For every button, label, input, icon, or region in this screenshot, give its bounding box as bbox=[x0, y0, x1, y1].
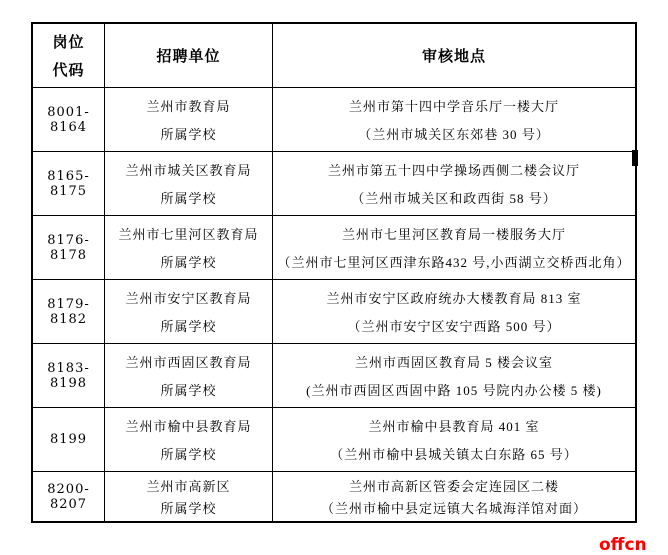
recruiting-unit-line1: 兰州市西固区教育局 bbox=[105, 352, 272, 371]
position-code: 8199 bbox=[32, 408, 105, 472]
review-location-line1: 兰州市七里河区教育局一楼服务大厅 bbox=[273, 224, 635, 243]
table-row: 8183-8198 兰州市西固区教育局 所属学校 兰州市西固区教育局 5 楼会议… bbox=[32, 344, 636, 408]
recruiting-unit-line1: 兰州市城关区教育局 bbox=[105, 160, 272, 179]
recruiting-unit-line2: 所属学校 bbox=[105, 380, 272, 399]
position-code: 8200-8207 bbox=[32, 472, 105, 523]
recruiting-unit: 兰州市高新区 所属学校 bbox=[105, 472, 273, 523]
position-code: 8001-8164 bbox=[32, 88, 105, 152]
review-location-line2: (兰州市西固区西固中路 105 号院内办公楼 5 楼) bbox=[273, 380, 635, 399]
table-row: 8199 兰州市榆中县教育局 所属学校 兰州市榆中县教育局 401 室 （兰州市… bbox=[32, 408, 636, 472]
recruiting-unit-line2: 所属学校 bbox=[105, 124, 272, 143]
review-location-line1: 兰州市第十四中学音乐厅一楼大厅 bbox=[273, 96, 635, 115]
recruiting-unit-line2: 所属学校 bbox=[105, 316, 272, 335]
header-position-code: 岗位 代码 bbox=[32, 23, 105, 88]
review-location-line1: 兰州市安宁区政府统办大楼教育局 813 室 bbox=[273, 288, 635, 307]
review-location-line2: （兰州市城关区东郊巷 30 号） bbox=[273, 124, 635, 143]
review-location-line2: （兰州市榆中县定远镇大名城海洋馆对面） bbox=[273, 498, 635, 517]
review-location-line1: 兰州市第五十四中学操场西侧二楼会议厅 bbox=[273, 160, 635, 179]
review-location: 兰州市七里河区教育局一楼服务大厅 （兰州市七里河区西津东路432 号,小西湖立交… bbox=[273, 216, 637, 280]
recruiting-unit-line1: 兰州市榆中县教育局 bbox=[105, 416, 272, 435]
recruiting-unit-line1: 兰州市七里河区教育局 bbox=[105, 224, 272, 243]
header-position-code-line1: 岗位 bbox=[33, 31, 104, 52]
table-row: 8165-8175 兰州市城关区教育局 所属学校 兰州市第五十四中学操场西侧二楼… bbox=[32, 152, 636, 216]
table-edge-marker bbox=[632, 150, 638, 166]
review-location-line1: 兰州市高新区管委会定连园区二楼 bbox=[273, 476, 635, 495]
review-location: 兰州市高新区管委会定连园区二楼 （兰州市榆中县定远镇大名城海洋馆对面） bbox=[273, 472, 637, 523]
header-review-location: 审核地点 bbox=[273, 23, 637, 88]
recruiting-unit: 兰州市教育局 所属学校 bbox=[105, 88, 273, 152]
header-recruiting-unit: 招聘单位 bbox=[105, 23, 273, 88]
recruiting-unit-line2: 所属学校 bbox=[105, 498, 272, 517]
header-row: 岗位 代码 招聘单位 审核地点 bbox=[32, 23, 636, 88]
recruiting-unit-line1: 兰州市安宁区教育局 bbox=[105, 288, 272, 307]
recruiting-unit: 兰州市城关区教育局 所属学校 bbox=[105, 152, 273, 216]
recruiting-unit: 兰州市西固区教育局 所属学校 bbox=[105, 344, 273, 408]
table-row: 8179-8182 兰州市安宁区教育局 所属学校 兰州市安宁区政府统办大楼教育局… bbox=[32, 280, 636, 344]
recruiting-unit: 兰州市榆中县教育局 所属学校 bbox=[105, 408, 273, 472]
header-position-code-line2: 代码 bbox=[33, 59, 104, 80]
review-location: 兰州市安宁区政府统办大楼教育局 813 室 （兰州市安宁区安宁西路 500 号） bbox=[273, 280, 637, 344]
recruiting-unit-line1: 兰州市教育局 bbox=[105, 96, 272, 115]
table-row: 8001-8164 兰州市教育局 所属学校 兰州市第十四中学音乐厅一楼大厅 （兰… bbox=[32, 88, 636, 152]
review-location-line2: （兰州市榆中县城关镇太白东路 65 号） bbox=[273, 444, 635, 463]
review-location-line2: （兰州市七里河区西津东路432 号,小西湖立交桥西北角） bbox=[273, 252, 635, 271]
review-location-line2: （兰州市城关区和政西街 58 号） bbox=[273, 188, 635, 207]
recruiting-unit-line2: 所属学校 bbox=[105, 444, 272, 463]
review-location-line2: （兰州市安宁区安宁西路 500 号） bbox=[273, 316, 635, 335]
review-location-line1: 兰州市西固区教育局 5 楼会议室 bbox=[273, 352, 635, 371]
position-code: 8179-8182 bbox=[32, 280, 105, 344]
page: 岗位 代码 招聘单位 审核地点 8001-8164 兰州市教育局 所属学校 bbox=[0, 0, 668, 555]
table-row: 8200-8207 兰州市高新区 所属学校 兰州市高新区管委会定连园区二楼 （兰… bbox=[32, 472, 636, 523]
table-header: 岗位 代码 招聘单位 审核地点 bbox=[32, 23, 636, 88]
position-code: 8176-8178 bbox=[32, 216, 105, 280]
review-location: 兰州市西固区教育局 5 楼会议室 (兰州市西固区西固中路 105 号院内办公楼 … bbox=[273, 344, 637, 408]
review-location: 兰州市第五十四中学操场西侧二楼会议厅 （兰州市城关区和政西街 58 号） bbox=[273, 152, 637, 216]
review-location: 兰州市榆中县教育局 401 室 （兰州市榆中县城关镇太白东路 65 号） bbox=[273, 408, 637, 472]
review-location-line1: 兰州市榆中县教育局 401 室 bbox=[273, 416, 635, 435]
recruiting-unit-line2: 所属学校 bbox=[105, 252, 272, 271]
position-code: 8165-8175 bbox=[32, 152, 105, 216]
position-code: 8183-8198 bbox=[32, 344, 105, 408]
recruiting-unit: 兰州市安宁区教育局 所属学校 bbox=[105, 280, 273, 344]
offcn-logo: offcn bbox=[599, 535, 647, 555]
recruiting-unit-line1: 兰州市高新区 bbox=[105, 476, 272, 495]
recruiting-unit-line2: 所属学校 bbox=[105, 188, 272, 207]
recruiting-unit: 兰州市七里河区教育局 所属学校 bbox=[105, 216, 273, 280]
review-location-table: 岗位 代码 招聘单位 审核地点 8001-8164 兰州市教育局 所属学校 bbox=[31, 22, 637, 523]
table-body: 8001-8164 兰州市教育局 所属学校 兰州市第十四中学音乐厅一楼大厅 （兰… bbox=[32, 88, 636, 523]
review-location: 兰州市第十四中学音乐厅一楼大厅 （兰州市城关区东郊巷 30 号） bbox=[273, 88, 637, 152]
table-row: 8176-8178 兰州市七里河区教育局 所属学校 兰州市七里河区教育局一楼服务… bbox=[32, 216, 636, 280]
